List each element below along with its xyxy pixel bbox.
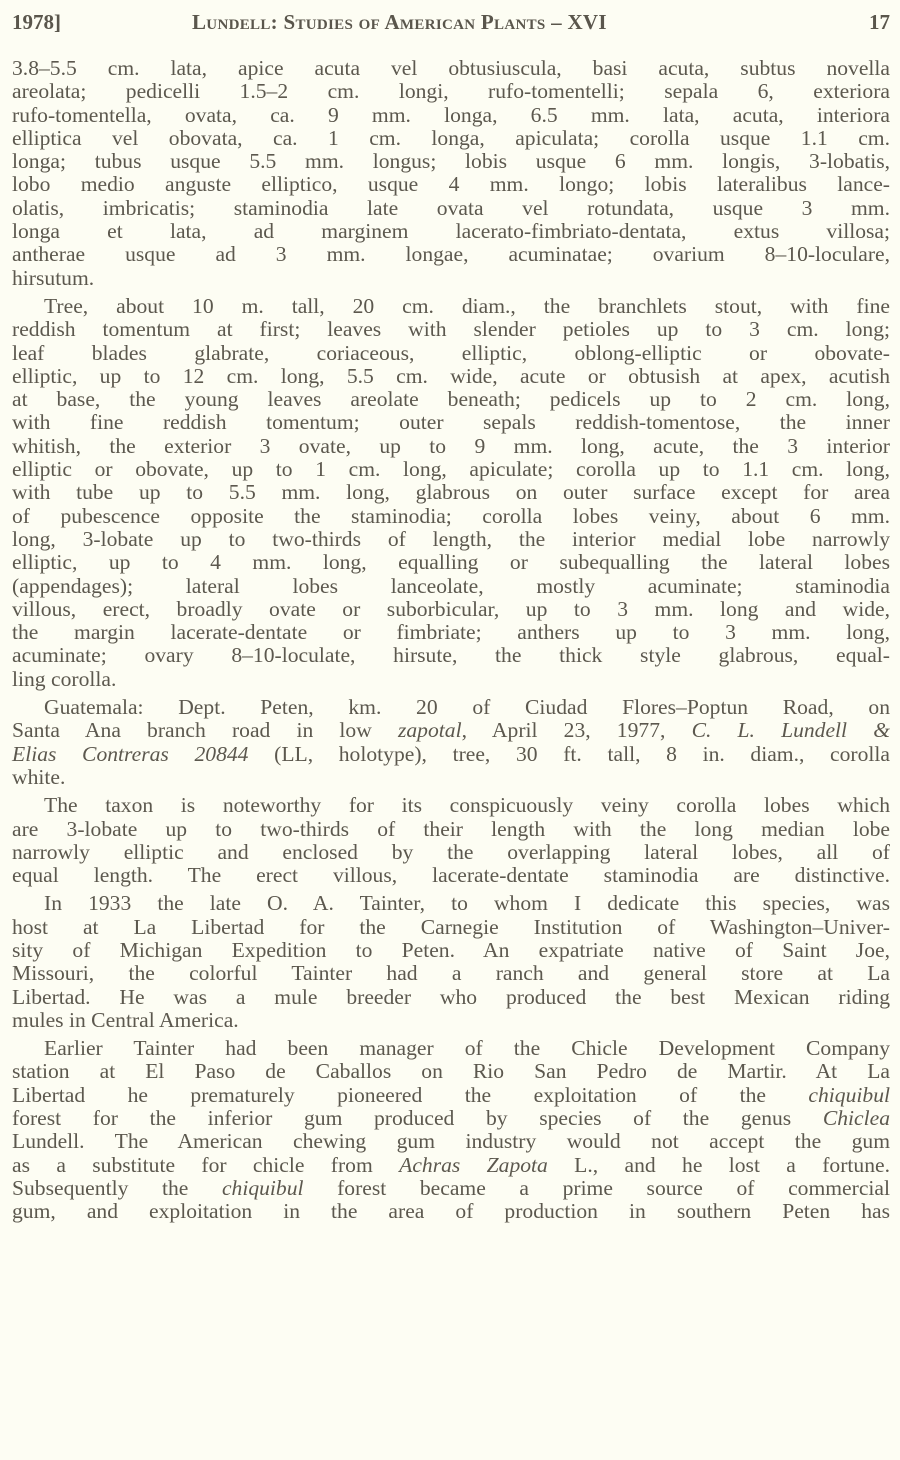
text-line: In 1933 the late O. A. Tainter, to whom … xyxy=(12,892,890,915)
taxon-notes-paragraph: The taxon is noteworthy for its conspicu… xyxy=(12,794,890,887)
text-line: elliptica vel obovata, ca. 1 cm. longa, … xyxy=(12,127,890,150)
article-body: 3.8–5.5 cm. lata, apice acuta vel obtusi… xyxy=(12,57,890,1229)
text-line: Subsequently the chiquibul forest became… xyxy=(12,1177,890,1200)
specimen-citation-paragraph: Guatemala: Dept. Peten, km. 20 of Ciudad… xyxy=(12,696,890,789)
text-line: mules in Central America. xyxy=(12,1009,890,1032)
running-title: Lundell: Studies of American Plants – XV… xyxy=(192,10,607,35)
text-line: narrowly elliptic and enclosed by the ov… xyxy=(12,841,890,864)
english-description-paragraph: Tree, about 10 m. tall, 20 cm. diam., th… xyxy=(12,295,890,691)
text-line: whitish, the exterior 3 ovate, up to 9 m… xyxy=(12,435,890,458)
text-line: Earlier Tainter had been manager of the … xyxy=(12,1037,890,1060)
text-line: are 3-lobate up to two-thirds of their l… xyxy=(12,818,890,841)
text-line: Lundell. The American chewing gum indust… xyxy=(12,1130,890,1153)
chicle-history-paragraph: Earlier Tainter had been manager of the … xyxy=(12,1037,890,1223)
text-line: equal length. The erect villous, lacerat… xyxy=(12,864,890,887)
text-line: as a substitute for chicle from Achras Z… xyxy=(12,1154,890,1177)
text-line: longa; tubus usque 5.5 mm. longus; lobis… xyxy=(12,150,890,173)
dedication-paragraph: In 1933 the late O. A. Tainter, to whom … xyxy=(12,892,890,1032)
habitat-term: zapotal xyxy=(398,718,462,742)
collector-names: C. L. Lundell & xyxy=(692,718,890,742)
text-line: forest for the inferior gum produced by … xyxy=(12,1107,890,1130)
text-line: acuminate; ovary 8–10-loculate, hirsute,… xyxy=(12,644,890,667)
text-line: lobo medio anguste elliptico, usque 4 mm… xyxy=(12,173,890,196)
text-line: gum, and exploitation in the area of pro… xyxy=(12,1200,890,1223)
text-line: areolata; pedicelli 1.5–2 cm. longi, ruf… xyxy=(12,80,890,103)
text-line: villous, erect, broadly ovate or suborbi… xyxy=(12,598,890,621)
text-line: elliptic, up to 4 mm. long, equalling or… xyxy=(12,551,890,574)
volume-year: 1978] xyxy=(12,10,61,35)
text-line: of pubescence opposite the staminodia; c… xyxy=(12,505,890,528)
forest-term: chiquibul xyxy=(808,1083,890,1107)
species-name: Achras Zapota xyxy=(399,1153,548,1177)
text-line: Missouri, the colorful Tainter had a ran… xyxy=(12,962,890,985)
page-number: 17 xyxy=(869,10,890,35)
genus-name: Chiclea xyxy=(823,1106,890,1130)
text-line: station at El Paso de Caballos on Rio Sa… xyxy=(12,1060,890,1083)
forest-term: chiquibul xyxy=(222,1176,304,1200)
text-line: The taxon is noteworthy for its conspicu… xyxy=(12,794,890,817)
text-line: reddish tomentum at first; leaves with s… xyxy=(12,318,890,341)
text-line: Libertad he prematurely pioneered the ex… xyxy=(12,1084,890,1107)
text-line: longa et lata, ad marginem lacerato-fimb… xyxy=(12,220,890,243)
text-line: antherae usque ad 3 mm. longae, acuminat… xyxy=(12,243,890,266)
running-head: 1978] Lundell: Studies of American Plant… xyxy=(12,0,892,46)
text-line: Elias Contreras 20844 (LL, holotype), tr… xyxy=(12,743,890,766)
text-line: elliptic, up to 12 cm. long, 5.5 cm. wid… xyxy=(12,365,890,388)
text-line: 3.8–5.5 cm. lata, apice acuta vel obtusi… xyxy=(12,57,890,80)
text-line: host at La Libertad for the Carnegie Ins… xyxy=(12,916,890,939)
text-line: with tube up to 5.5 mm. long, glabrous o… xyxy=(12,481,890,504)
text-line: ling corolla. xyxy=(12,668,890,691)
text-line: olatis, imbricatis; staminodia late ovat… xyxy=(12,197,890,220)
text-line: (appendages); lateral lobes lanceolate, … xyxy=(12,575,890,598)
text-line: sity of Michigan Expedition to Peten. An… xyxy=(12,939,890,962)
text-line: hirsutum. xyxy=(12,267,890,290)
text-line: rufo-tomentella, ovata, ca. 9 mm. longa,… xyxy=(12,104,890,127)
text-line: leaf blades glabrate, coriaceous, ellipt… xyxy=(12,342,890,365)
text-line: the margin lacerate-dentate or fimbriate… xyxy=(12,621,890,644)
text-line: Libertad. He was a mule breeder who prod… xyxy=(12,986,890,1009)
latin-description-paragraph: 3.8–5.5 cm. lata, apice acuta vel obtusi… xyxy=(12,57,890,290)
text-line: Santa Ana branch road in low zapotal, Ap… xyxy=(12,719,890,742)
text-line: Guatemala: Dept. Peten, km. 20 of Ciudad… xyxy=(12,696,890,719)
text-line: Tree, about 10 m. tall, 20 cm. diam., th… xyxy=(12,295,890,318)
text-line: elliptic or obovate, up to 1 cm. long, a… xyxy=(12,458,890,481)
text-line: long, 3-lobate up to two-thirds of lengt… xyxy=(12,528,890,551)
text-line: at base, the young leaves areolate benea… xyxy=(12,388,890,411)
text-line: white. xyxy=(12,766,890,789)
text-line: with fine reddish tomentum; outer sepals… xyxy=(12,411,890,434)
collector-number: Elias Contreras 20844 xyxy=(12,742,248,766)
journal-page: 1978] Lundell: Studies of American Plant… xyxy=(12,0,892,46)
